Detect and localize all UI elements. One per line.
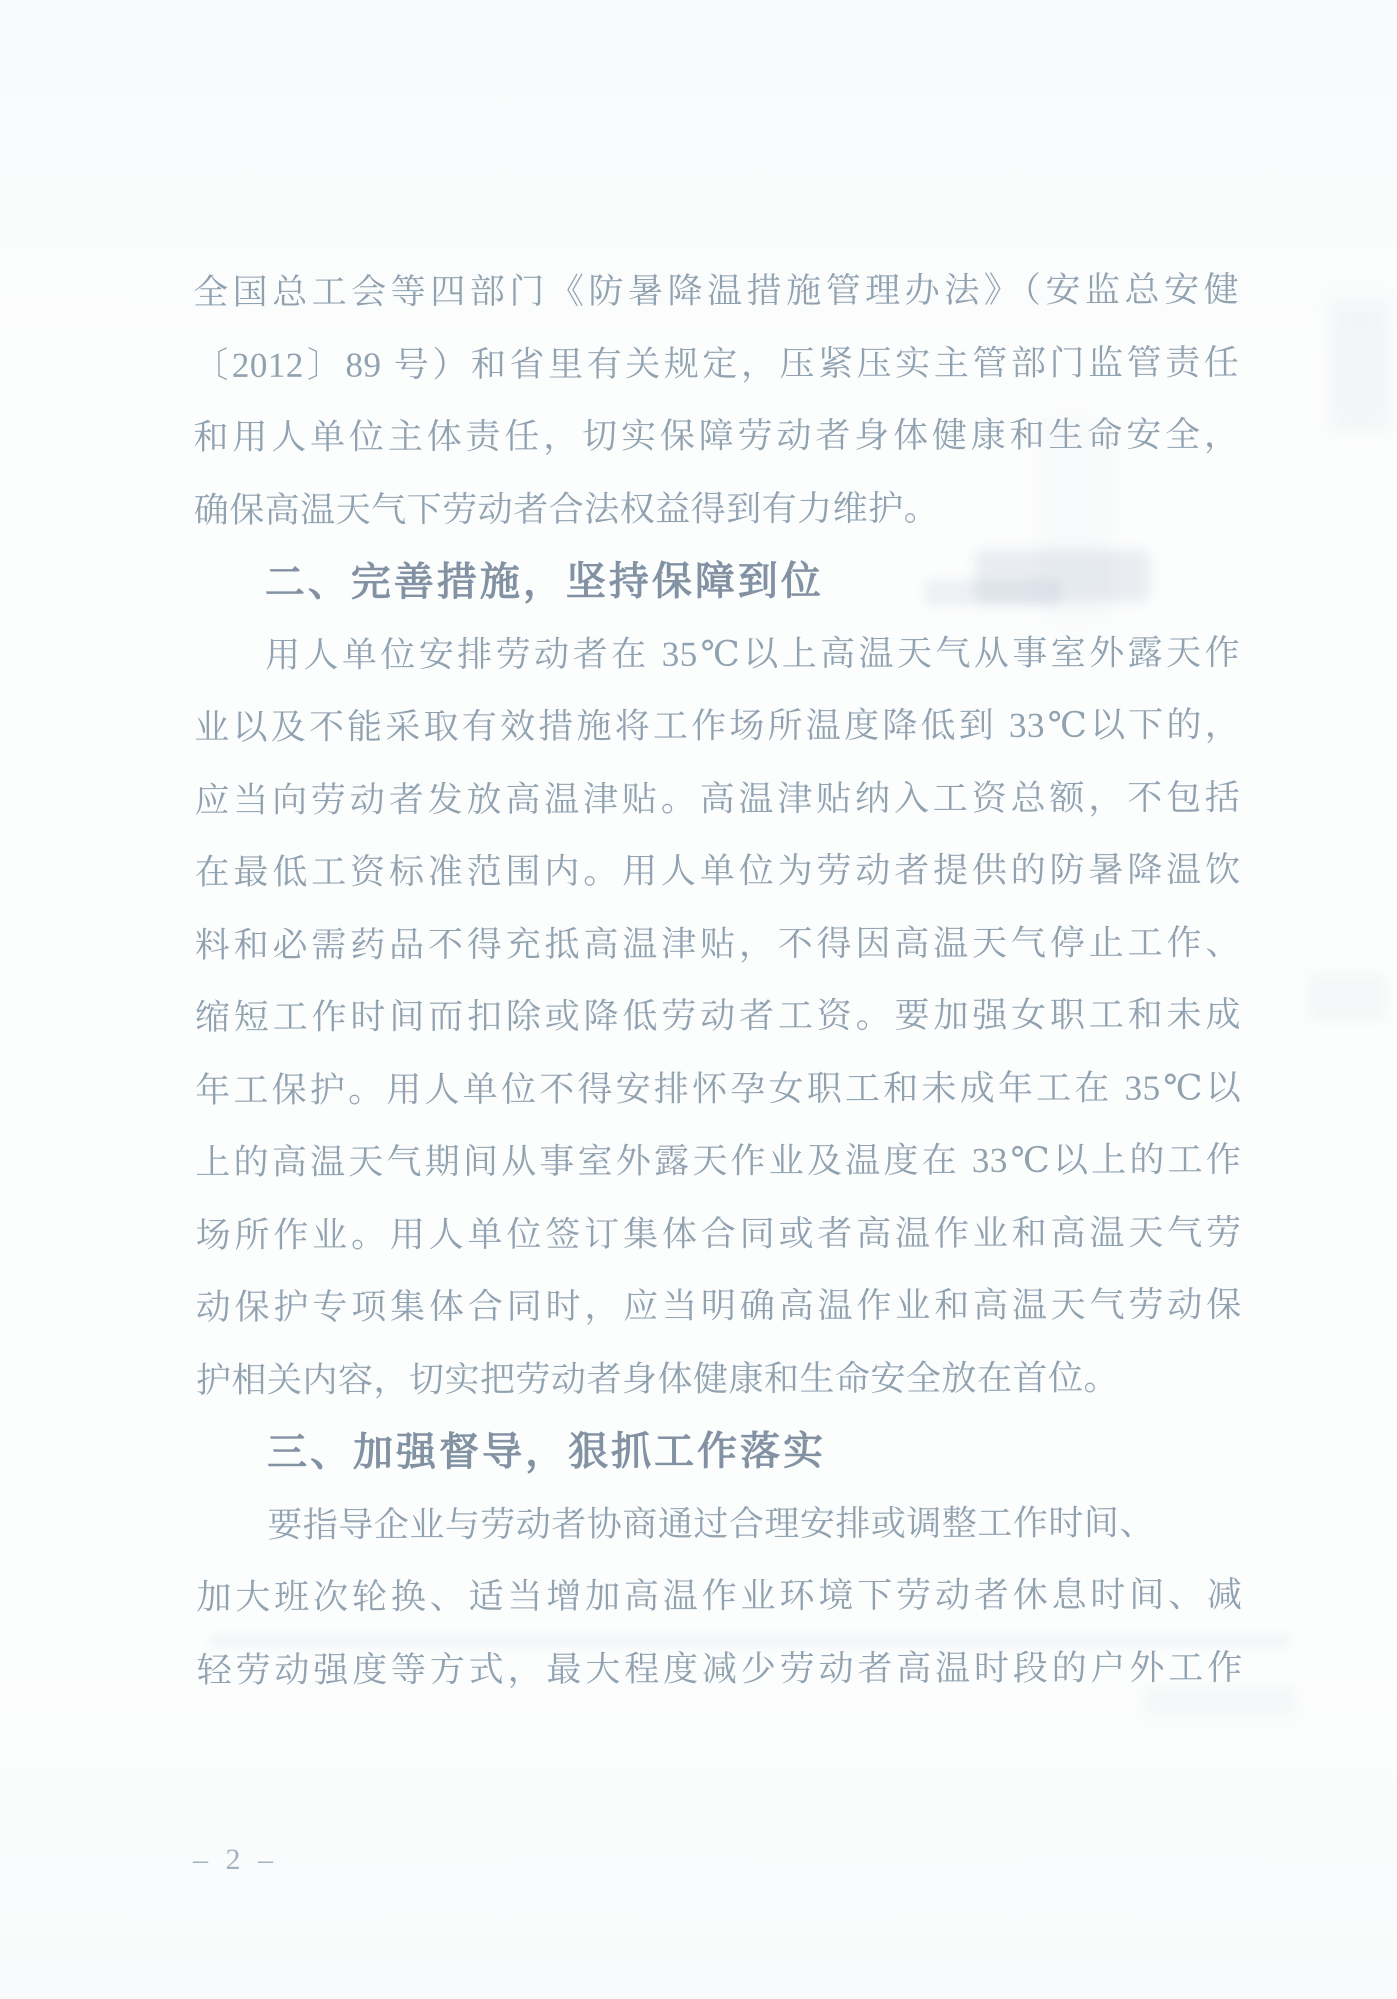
- body-line: 上的高温天气期间从事室外露天作业及温度在 33℃以上的工作: [195, 1124, 1241, 1199]
- body-line: 轻劳动强度等方式，最大程度减少劳动者高温时段的户外工作: [197, 1632, 1243, 1707]
- body-line: 确保高温天气下劳动者合法权益得到有力维护。: [194, 472, 1240, 547]
- body-line: 护相关内容，切实把劳动者身体健康和生命安全放在首位。: [196, 1342, 1242, 1417]
- body-line: 加大班次轮换、适当增加高温作业环境下劳动者休息时间、减: [196, 1559, 1242, 1634]
- body-line: 用人单位安排劳动者在 35℃以上高温天气从事室外露天作: [194, 617, 1240, 692]
- body-line: 年工保护。用人单位不得安排怀孕女职工和未成年工在 35℃以: [195, 1052, 1241, 1127]
- page-number: – 2 –: [193, 1843, 278, 1877]
- body-line: 和用人单位主体责任，切实保障劳动者身体健康和生命安全，: [193, 399, 1239, 474]
- body-line: 全国总工会等四部门《防暑降温措施管理办法》（安监总安健: [193, 254, 1239, 329]
- document-page: 全国总工会等四部门《防暑降温措施管理办法》（安监总安健 〔2012〕89 号）和…: [0, 0, 1397, 1999]
- scan-smudge-artifact: [1310, 975, 1385, 1020]
- section-heading-3: 三、加强督导，狠抓工作落实: [196, 1414, 1242, 1489]
- document-text-block: 全国总工会等四部门《防暑降温措施管理办法》（安监总安健 〔2012〕89 号）和…: [193, 254, 1243, 1707]
- body-line: 缩短工作时间而扣除或降低劳动者工资。要加强女职工和未成: [195, 979, 1241, 1054]
- body-line: 动保护专项集体合同时，应当明确高温作业和高温天气劳动保: [196, 1269, 1242, 1344]
- section-heading-2: 二、完善措施，坚持保障到位: [194, 544, 1240, 619]
- body-line: 应当向劳动者发放高温津贴。高温津贴纳入工资总额，不包括: [194, 762, 1240, 837]
- body-line: 〔2012〕89 号）和省里有关规定，压紧压实主管部门监管责任: [193, 327, 1239, 402]
- body-line: 在最低工资标准范围内。用人单位为劳动者提供的防暑降温饮: [195, 834, 1241, 909]
- body-line: 场所作业。用人单位签订集体合同或者高温作业和高温天气劳: [195, 1197, 1241, 1272]
- scan-smudge-artifact: [1330, 300, 1390, 430]
- body-line: 料和必需药品不得充抵高温津贴，不得因高温天气停止工作、: [195, 907, 1241, 982]
- body-line: 业以及不能采取有效措施将工作场所温度降低到 33℃以下的，: [194, 689, 1240, 764]
- body-line: 要指导企业与劳动者协商通过合理安排或调整工作时间、: [196, 1487, 1242, 1562]
